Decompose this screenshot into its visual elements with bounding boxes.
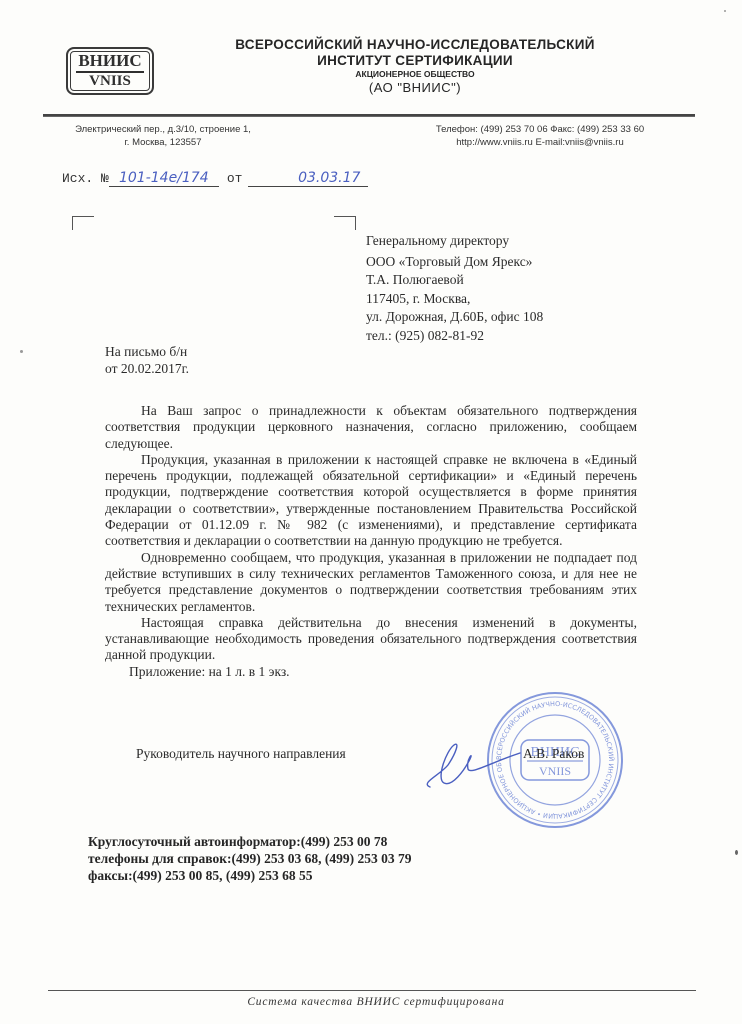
- outgoing-from-label: от: [227, 171, 243, 186]
- organization-header: ВСЕРОССИЙСКИЙ НАУЧНО-ИССЛЕДОВАТЕЛЬСКИЙ И…: [200, 36, 630, 96]
- outgoing-label: Исх. №: [62, 171, 109, 186]
- address-block-corner-left: [72, 216, 94, 230]
- scan-speck: [724, 10, 726, 12]
- org-type: АКЦИОНЕРНОЕ ОБЩЕСТВО: [200, 68, 630, 80]
- org-name-line1: ВСЕРОССИЙСКИЙ НАУЧНО-ИССЛЕДОВАТЕЛЬСКИЙ: [200, 36, 630, 53]
- org-contacts: Телефон: (499) 253 70 06 Факс: (499) 253…: [400, 123, 680, 149]
- recipient-block: Генеральному директору ООО «Торговый Дом…: [366, 232, 543, 345]
- quality-certification-note: Система качества ВНИИС сертифицирована: [0, 996, 742, 1008]
- reply-reference: На письмо б/н от 20.02.2017г.: [105, 343, 189, 377]
- hotline-line2: телефоны для справок:(499) 253 03 68, (4…: [88, 850, 411, 867]
- svg-text:VNIIS: VNIIS: [539, 764, 571, 778]
- scan-speck: [20, 350, 23, 353]
- attachment-note: Приложение: на 1 л. в 1 экз.: [105, 664, 637, 680]
- address-line2: г. Москва, 123557: [43, 136, 283, 149]
- outgoing-number: 101-14е/174: [119, 170, 209, 186]
- logo-en-text: VNIIS: [89, 73, 131, 90]
- vniis-logo: ВНИИС VNIIS: [66, 47, 154, 95]
- outgoing-number-field: 101-14е/174: [109, 170, 219, 187]
- body-paragraph-3: Одновременно сообщаем, что продукция, ук…: [105, 550, 637, 615]
- hotline-line1: Круглосуточный автоинформатор:(499) 253 …: [88, 833, 411, 850]
- recipient-phone: тел.: (925) 082-81-92: [366, 327, 543, 346]
- reply-line2: от 20.02.2017г.: [105, 360, 189, 377]
- reply-line1: На письмо б/н: [105, 343, 189, 360]
- recipient-street: ул. Дорожная, Д.60Б, офис 108: [366, 308, 543, 327]
- scan-speck: [735, 850, 738, 855]
- signer-position: Руководитель научного направления: [136, 746, 346, 762]
- header-divider: [43, 114, 695, 117]
- letter-body: На Ваш запрос о принадлежности к объекта…: [105, 403, 637, 680]
- address-line1: Электрический пер., д.3/10, строение 1,: [43, 123, 283, 136]
- recipient-company: ООО «Торговый Дом Ярекс»: [366, 253, 543, 272]
- hotline-line3: факсы:(499) 253 00 85, (499) 253 68 55: [88, 867, 411, 884]
- address-block-corner-right: [334, 216, 356, 230]
- org-address: Электрический пер., д.3/10, строение 1, …: [43, 123, 283, 149]
- phone-fax: Телефон: (499) 253 70 06 Факс: (499) 253…: [400, 123, 680, 136]
- recipient-name: Т.А. Полюгаевой: [366, 271, 543, 290]
- hotline-info: Круглосуточный автоинформатор:(499) 253 …: [88, 833, 411, 884]
- outgoing-date: 03.03.17: [298, 170, 360, 186]
- recipient-city: 117405, г. Москва,: [366, 290, 543, 309]
- body-paragraph-4: Настоящая справка действительна до внесе…: [105, 615, 637, 664]
- org-short-name: (АО "ВНИИС"): [200, 80, 630, 96]
- web-email: http://www.vniis.ru E-mail:vniis@vniis.r…: [400, 136, 680, 149]
- outgoing-date-field: 03.03.17: [248, 170, 368, 187]
- footer-divider: [48, 990, 696, 991]
- handwritten-signature-icon: [410, 735, 530, 795]
- outgoing-reference: Исх. № 101-14е/174 от 03.03.17: [62, 170, 368, 187]
- logo-ru-text: ВНИИС: [76, 52, 143, 73]
- body-paragraph-1: На Ваш запрос о принадлежности к объекта…: [105, 403, 637, 452]
- body-paragraph-2: Продукция, указанная в приложении к наст…: [105, 452, 637, 550]
- signer-name: А.В. Раков: [523, 746, 584, 762]
- recipient-title: Генеральному директору: [366, 232, 543, 251]
- org-name-line2: ИНСТИТУТ СЕРТИФИКАЦИИ: [200, 53, 630, 68]
